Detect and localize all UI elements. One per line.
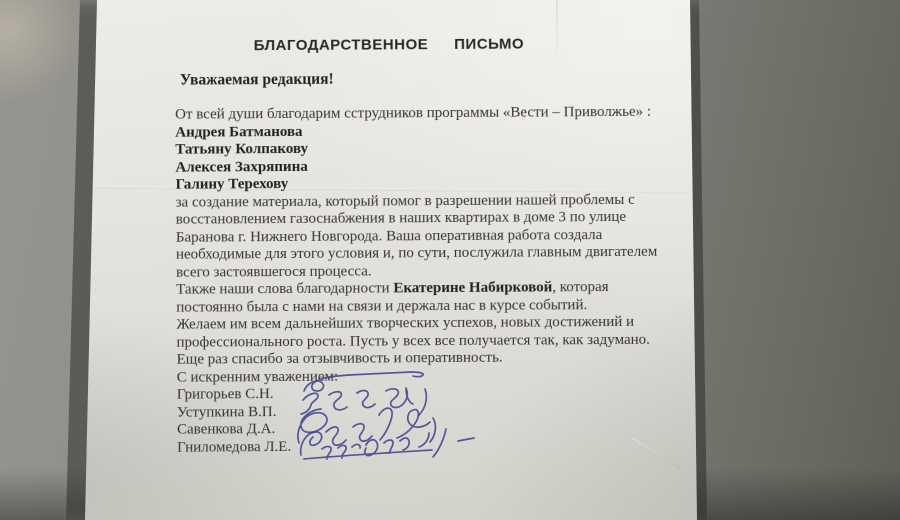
letter-title-word2: ПИСЬМО [454, 36, 524, 53]
photo-of-letter: БЛАГОДАРСТВЕННОЕ ПИСЬМО Уважаемая редакц… [0, 0, 900, 520]
letter-content: БЛАГОДАРСТВЕННОЕ ПИСЬМО Уважаемая редакц… [0, 0, 900, 520]
letter-body: От всей души благодарим сструдников прог… [175, 104, 669, 457]
gratitude-line: Также наши слова благодарности Екатерине… [176, 279, 668, 300]
body-line: Желаем им всем дальнейших творческих усп… [176, 314, 668, 335]
letter-title: БЛАГОДАРСТВЕННОЕ ПИСЬМО [254, 36, 525, 55]
signatory-name: Гниломедова Л.Е. [177, 436, 669, 457]
letter-title-word1: БЛАГОДАРСТВЕННОЕ [254, 36, 429, 54]
body-line: необходимые для этого условия и, по сути… [176, 244, 668, 265]
highlighted-name: Екатерине Набирковой [393, 279, 552, 296]
body-line: восстановлением газоснабжения в наших кв… [176, 209, 668, 230]
salutation: Уважаемая редакция! [180, 71, 334, 90]
body-line: профессионального роста. Пусть у всех вс… [176, 331, 668, 352]
intro-line: От всей души благодарим сструдников прог… [175, 104, 667, 125]
